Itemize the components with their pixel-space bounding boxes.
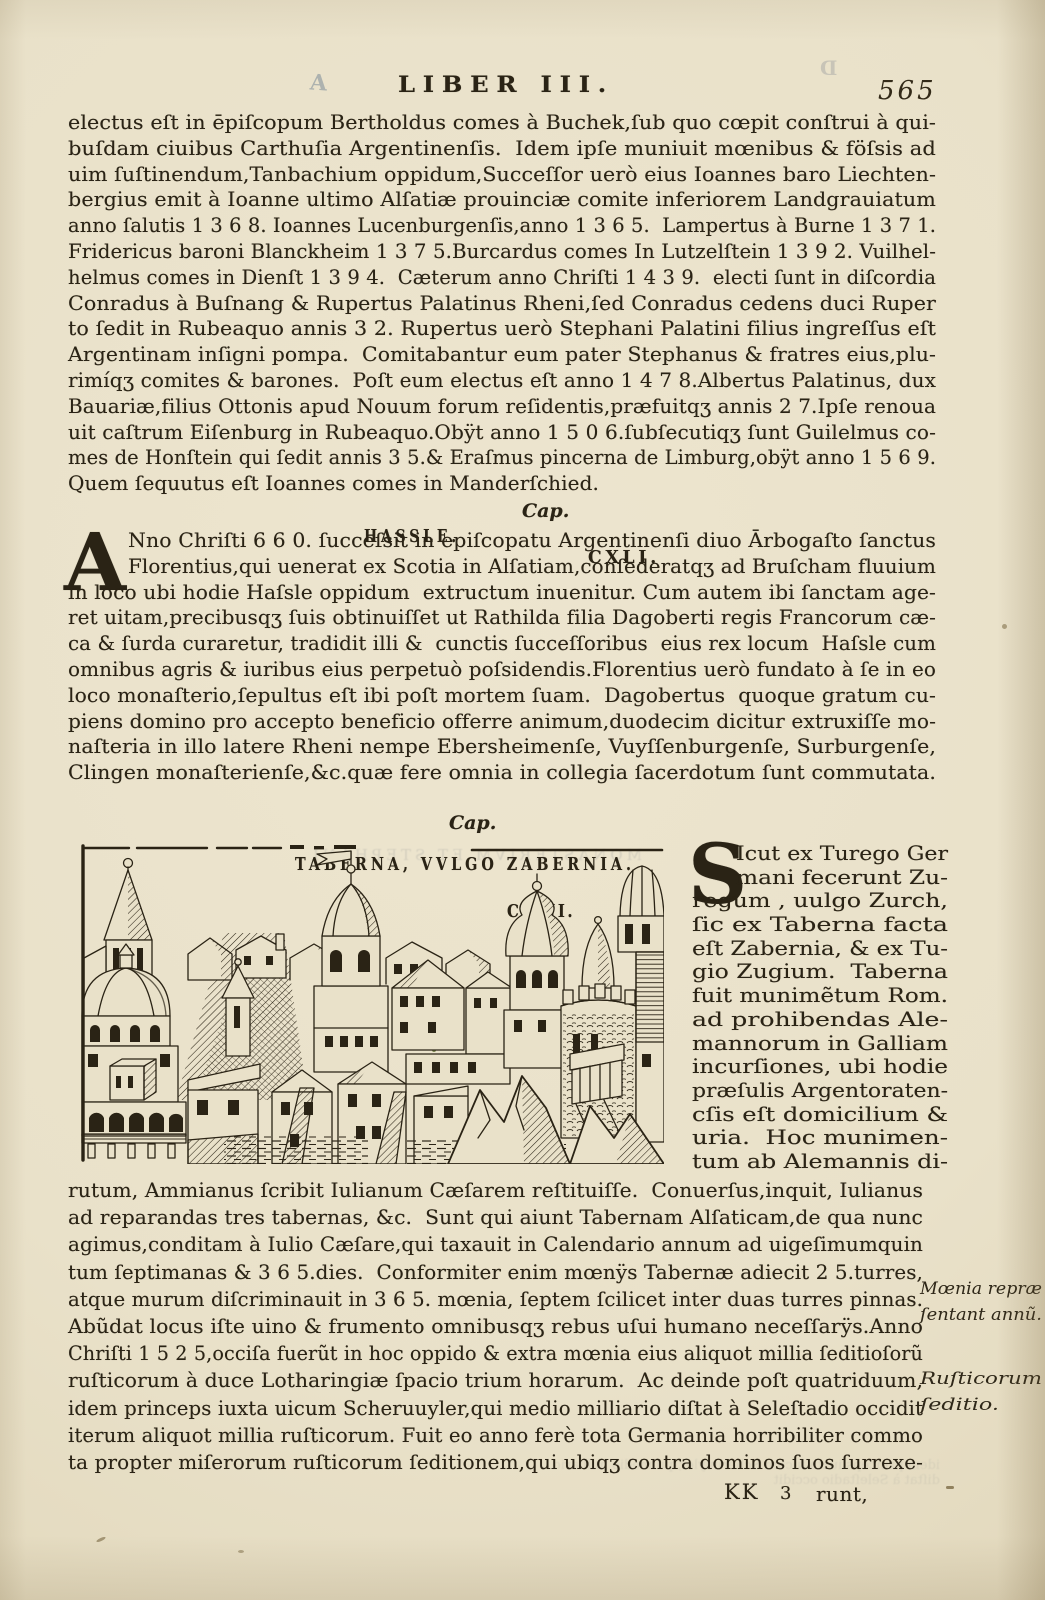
text-line: mannorum in Galliam <box>692 1031 948 1055</box>
text-line: iterum aliquot millia ruſticorum. Fuit e… <box>68 1423 923 1450</box>
margin-note-line: Ruſticorum <box>920 1366 1042 1392</box>
text-line: uit caſtrum Eiſenburg in Rubeaquo.Obÿt a… <box>68 420 936 446</box>
text-line: gio Zugium. Taberna <box>692 959 948 983</box>
paper-speck <box>946 1486 954 1489</box>
paper-speck <box>1002 624 1007 629</box>
text-line: ret uitam,precibusqʒ ſuis obtinuiſſet ut… <box>68 605 936 631</box>
paragraph-bishops: electus eſt in ēpiſcopum Bertholdus come… <box>68 110 936 497</box>
text-line: helmus comes in Dienſt 1 3 9 4. Cæterum … <box>68 265 936 291</box>
text-line: præſulis Argentoraten- <box>692 1078 948 1102</box>
catchword: runt, <box>816 1482 868 1506</box>
text-line: ad reparandas tres tabernas, &c. Sunt qu… <box>68 1205 923 1232</box>
text-line: rimíqʒ comites & barones. Poſt eum elect… <box>68 368 936 394</box>
text-line: omnibus agris & iuribus eius perpetuò po… <box>68 657 936 683</box>
chapter-cap-label: Cap. <box>449 812 496 834</box>
text-line: loco monaſterio,ſepultus eſt ibi poſt mo… <box>68 683 936 709</box>
text-line: buſdam ciuibus Carthuſia Argentinenſis. … <box>68 136 936 162</box>
text-line: mes de Honſtein qui ſedit annis 3 5.& Er… <box>68 445 936 471</box>
text-line: Nno Chriſti 6 6 0. ſucceſsit in epiſcopa… <box>128 528 936 554</box>
text-line: ſic ex Taberna facta <box>692 912 948 936</box>
text-line: Abũdat locus iſte uino & frumento omnibu… <box>68 1314 923 1341</box>
text-line: incurſiones, ubi hodie <box>692 1054 948 1078</box>
paper-speck <box>96 1536 106 1543</box>
text-line: bergius emit à Ioanne ultimo Alſatiæ pro… <box>68 187 936 213</box>
margin-note-rustici: Ruſticorum ſeditio. <box>920 1366 1042 1418</box>
text-line: to ſedit in Rubeaquo annis 3 2. Rupertus… <box>68 316 936 342</box>
text-line: mani fecerunt Zu- <box>736 865 948 889</box>
margin-note-line: ſentant annũ. <box>920 1302 1042 1328</box>
text-line: ruſticorum à duce Lotharingiæ ſpacio tri… <box>68 1368 923 1395</box>
text-line: uria. Hoc munimen- <box>692 1125 948 1149</box>
paper-speck <box>238 1550 244 1553</box>
text-line: Clingen monaſterienſe,&c.quæ fere omnia … <box>68 760 936 786</box>
text-line: idem princeps iuxta uicum Scheruuyler,qu… <box>68 1396 923 1423</box>
text-line: Icut ex Turego Ger <box>736 841 948 865</box>
signature-mark: KK <box>724 1480 759 1504</box>
text-line: fuit munimẽtum Rom. <box>692 983 948 1007</box>
text-line: Fridericus baroni Blanckheim 1 3 7 5.Bur… <box>68 239 936 265</box>
column-taberna: Icut ex Turego Germani fecerunt Zu-regum… <box>692 841 948 1173</box>
page-number: 565 <box>878 76 937 106</box>
text-line: ta propter miſerorum ruſticorum ſedition… <box>68 1450 923 1477</box>
text-line: electus eſt in ēpiſcopum Bertholdus come… <box>68 110 936 136</box>
text-line: Argentinam inſigni pompa. Comitabantur e… <box>68 342 936 368</box>
text-line: rutum, Ammianus ſcribit Iulianum Cæſarem… <box>68 1178 923 1205</box>
text-line: tum ſeptimanas & 3 6 5.dies. Conformiter… <box>68 1260 923 1287</box>
margin-note-moenia: Mœnia repræ ſentant annũ. <box>920 1276 1042 1328</box>
text-line: Bauariæ,filius Ottonis apud Nouum forum … <box>68 394 936 420</box>
chapter-cap-label: Cap. <box>522 500 569 522</box>
margin-note-line: ſeditio. <box>920 1392 1042 1418</box>
text-line: atque murum diſcriminauit in 3 6 5. mœni… <box>68 1287 923 1314</box>
running-head: LIBER III. <box>398 72 614 98</box>
text-line: tum ab Alemannis di- <box>692 1149 948 1173</box>
ink-stamp-ghost-a: A <box>309 69 328 96</box>
text-line: cſis eſt domicilium & <box>692 1102 948 1126</box>
text-line: agimus,conditam à Iulio Cæſare,qui taxau… <box>68 1232 923 1259</box>
text-line: eſt Zabernia, & ex Tu- <box>692 936 948 960</box>
text-line: in loco ubi hodie Haſsle oppidum extruct… <box>68 580 936 606</box>
paragraph-taberna-history: rutum, Ammianus ſcribit Iulianum Cæſarem… <box>68 1178 923 1477</box>
text-line: anno ſalutis 1 3 6 8. Ioannes Lucenburge… <box>68 213 936 239</box>
paragraph-hassle: Nno Chriſti 6 6 0. ſucceſsit in epiſcopa… <box>68 528 936 786</box>
text-line: naſteria in illo latere Rheni nempe Eber… <box>68 734 936 760</box>
text-line: Chriſti 1 5 2 5,occiſa fuerũt in hoc opp… <box>68 1341 923 1368</box>
text-line: Conradus à Buſnang & Rupertus Palatinus … <box>68 291 936 317</box>
text-line: uim ſuſtinendum,Tanbachium oppidum,Succe… <box>68 162 936 188</box>
woodcut-city-view-of-zabern <box>76 838 664 1164</box>
text-line: Florentius,qui uenerat ex Scotia in Alſa… <box>128 554 936 580</box>
book-page-scan: LIBER III. 565 A D MONASTERIVM ET STEPHA… <box>0 0 1045 1600</box>
text-line: Quem ſequutus eſt Ioannes comes in Mande… <box>68 471 936 497</box>
text-line: ca & ſurda curaretur, tradidit illi & cu… <box>68 631 936 657</box>
signature-number: 3 <box>780 1483 793 1504</box>
text-line: piens domino pro accepto beneficio offer… <box>68 709 936 735</box>
text-line: ad prohibendas Ale- <box>692 1007 948 1031</box>
text-line: regum , uulgo Zurch, <box>692 888 948 912</box>
margin-note-line: Mœnia repræ <box>920 1276 1042 1302</box>
ink-stamp-ghost-d: D <box>820 56 837 80</box>
